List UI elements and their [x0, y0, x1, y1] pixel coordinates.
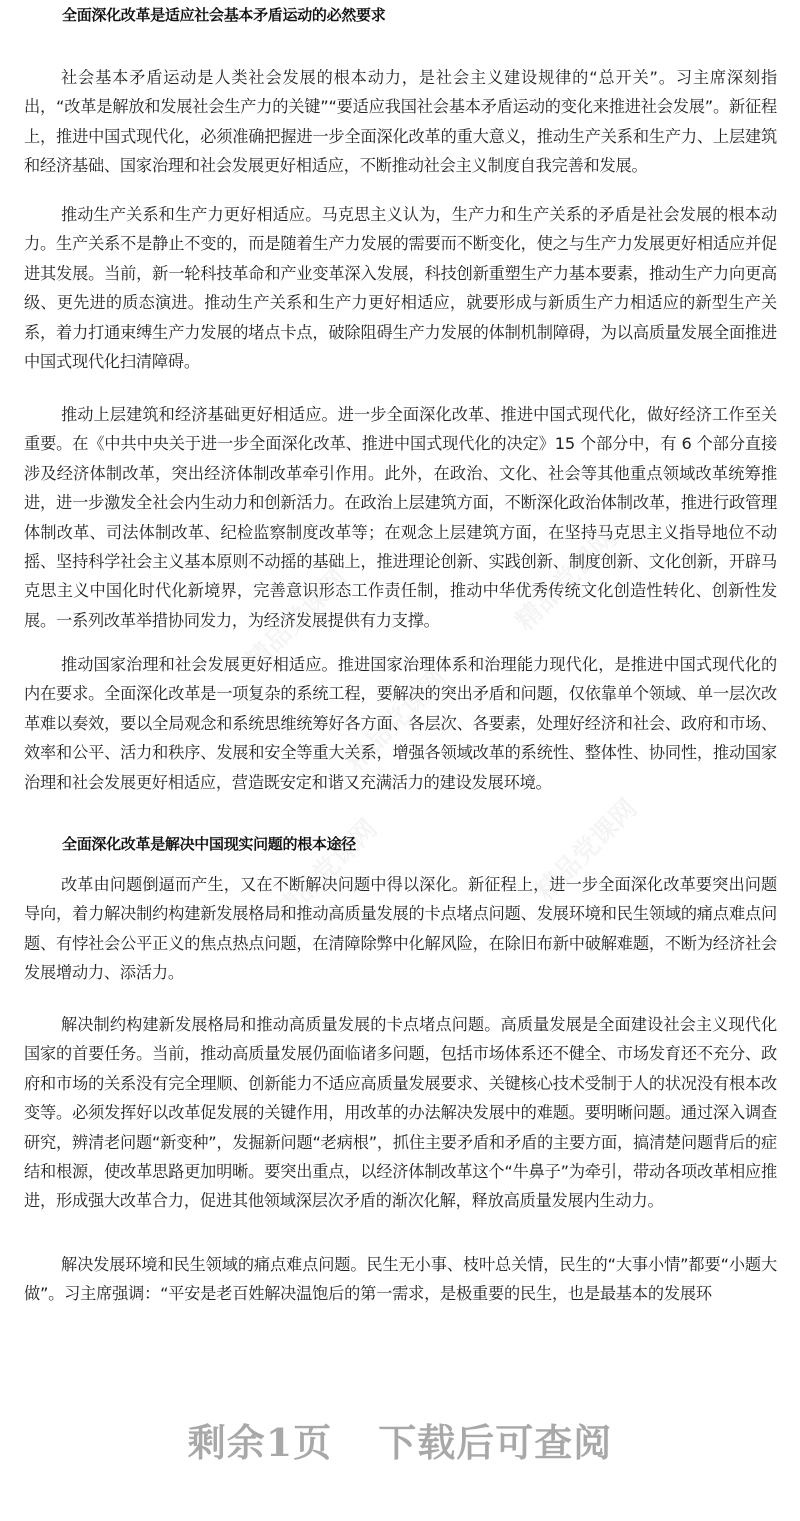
remaining-pages-label: 剩余1页 — [188, 1420, 332, 1465]
paragraph: 社会基本矛盾运动是人类社会发展的根本动力，是社会主义建设规律的“总开关”。习主席… — [24, 63, 777, 181]
download-prompt[interactable]: 剩余1页下载后可查阅 — [0, 1412, 800, 1467]
section-heading: 全面深化改革是解决中国现实问题的根本途径 — [62, 833, 356, 855]
paragraph: 解决制约构建新发展格局和推动高质量发展的卡点堵点问题。高质量发展是全面建设社会主… — [24, 1010, 777, 1216]
paragraph: 推动国家治理和社会发展更好相适应。推进国家治理体系和治理能力现代化，是推进中国式… — [24, 650, 777, 797]
document-page: 精品党课网 精品党课网 精品党课网 精品党课网 精品党课网 全面深化改革是适应社… — [0, 0, 800, 1521]
paragraph: 解决发展环境和民生领域的痛点难点问题。民生无小事、枝叶总关情，民生的“大事小情”… — [24, 1250, 777, 1309]
paragraph: 推动上层建筑和经济基础更好相适应。进一步全面深化改革、推进中国式现代化，做好经济… — [24, 400, 777, 635]
paragraph: 推动生产关系和生产力更好相适应。马克思主义认为，生产力和生产关系的矛盾是社会发展… — [24, 200, 777, 376]
section-heading: 全面深化改革是适应社会基本矛盾运动的必然要求 — [62, 4, 385, 26]
paragraph: 改革由问题倒逼而产生，又在不断解决问题中得以深化。新征程上，进一步全面深化改革要… — [24, 870, 777, 988]
download-to-view-label: 下载后可查阅 — [378, 1420, 612, 1465]
